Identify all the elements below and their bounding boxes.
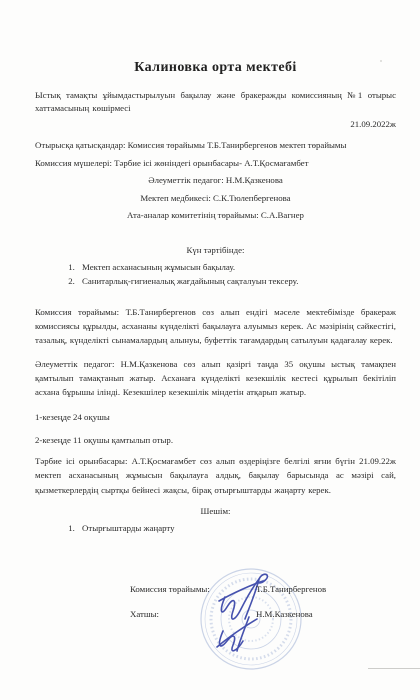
signature-row-chair: Комиссия төрайымы: Т.Б.Танирбергенов	[130, 577, 396, 602]
agenda-item: Мектеп асханасының жұмысын бақылау.	[77, 260, 396, 274]
stage-line-1: 1-кезеңде 24 оқушы	[35, 412, 396, 422]
agenda-list: Мектеп асханасының жұмысын бақылау. Сани…	[35, 260, 396, 288]
attendee-line: Комиссия мүшелері: Тәрбие ісі жөніндегі …	[35, 155, 396, 173]
signature-label: Комиссия төрайымы:	[130, 577, 256, 602]
paragraph-pedagog-speech: Әлеуметтік педагог: Н.М.Қазкенова сөз ал…	[35, 357, 396, 400]
document-content: Калиновка орта мектебі Ыстық тамақты ұйы…	[35, 60, 396, 667]
decision-item: Отырғыштарды жаңарту	[77, 521, 396, 535]
document-subtitle: Ыстық тамақты ұйымдастырылуын бақылау жә…	[35, 89, 396, 115]
paragraph-chair-speech: Комиссия төрайымы: Т.Б.Танирбергенов сөз…	[35, 305, 396, 348]
signature-name: Т.Б.Танирбергенов	[256, 577, 326, 602]
attendee-line: Отырысқа қатысқандар: Комиссия төрайымы …	[35, 137, 396, 155]
stage-line-2: 2-кезеңде 11 оқушы қамтылып отыр.	[35, 435, 396, 445]
attendee-line: Ата-аналар комитетінің төрайымы: С.А.Ваг…	[35, 207, 396, 225]
signature-row-secretary: Хатшы: Н.М.Казкенова	[130, 602, 396, 627]
scan-artifact-line	[368, 668, 420, 669]
attendees-section: Отырысқа қатысқандар: Комиссия төрайымы …	[35, 137, 396, 225]
agenda-heading: Күн тәртібінде:	[35, 245, 396, 255]
signature-block: Комиссия төрайымы: Т.Б.Танирбергенов Хат…	[35, 577, 396, 667]
scanned-document-page: Калиновка орта мектебі Ыстық тамақты ұйы…	[0, 0, 420, 700]
decision-heading: Шешім:	[35, 506, 396, 516]
decision-list: Отырғыштарды жаңарту	[35, 521, 396, 535]
agenda-item: Санитарлық-гигиеналық жағдайының сақталу…	[77, 274, 396, 288]
document-date: 21.09.2022ж	[35, 119, 396, 129]
scan-artifact-speck	[380, 60, 382, 62]
paragraph-deputy-speech: Тәрбие ісі орынбасары: А.Т.Қосмағамбет с…	[35, 454, 396, 497]
signature-name: Н.М.Казкенова	[256, 602, 313, 627]
document-title: Калиновка орта мектебі	[35, 60, 396, 76]
attendee-line: Мектеп медбикесі: С.К.Тюлепбергенова	[35, 190, 396, 208]
attendee-line: Әлеуметтік педагог: Н.М.Қазкенова	[35, 172, 396, 190]
signature-label: Хатшы:	[130, 602, 256, 627]
